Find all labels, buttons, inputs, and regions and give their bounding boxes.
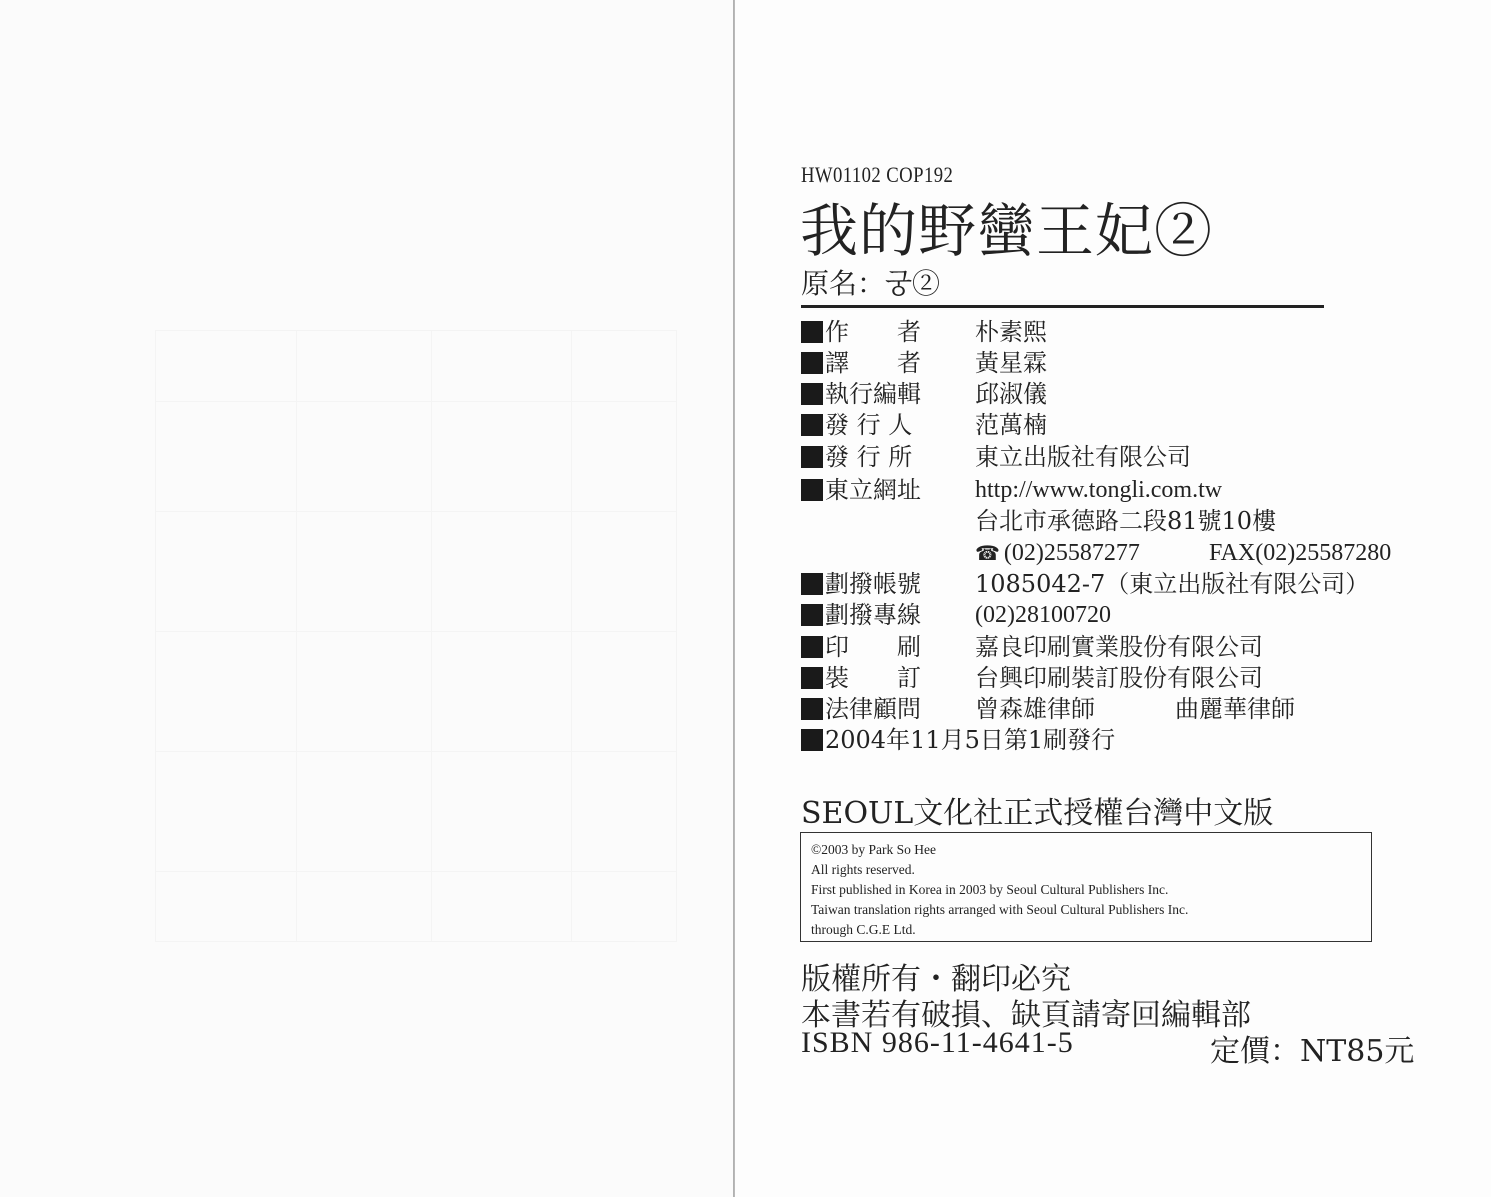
bullet-square-icon xyxy=(801,383,823,405)
credit-row-postal-account: 劃撥帳號 1085042-7（東立出版社有限公司） xyxy=(801,568,975,600)
copyright-line: through C.G.E Ltd. xyxy=(811,920,1361,940)
price: 定價：NT85元 xyxy=(1210,1026,1414,1070)
bullet-square-icon xyxy=(801,414,823,436)
credit-row-author: 作 者 朴素熙 xyxy=(801,316,975,348)
bullet-square-icon xyxy=(801,729,823,751)
credit-value: 朴素熙 xyxy=(975,316,1047,348)
left-page xyxy=(0,0,735,1197)
credit-row-postal-line: 劃撥專線 (02)28100720 xyxy=(801,599,975,631)
credit-label: 劃撥專線 xyxy=(825,599,975,631)
bullet-square-icon xyxy=(801,573,823,595)
bullet-square-icon xyxy=(801,446,823,468)
website-url[interactable]: http://www.tongli.com.tw xyxy=(975,474,1222,506)
credit-row-publisher-person: 發 行 人 范萬楠 xyxy=(801,409,975,441)
credit-label: 東立網址 xyxy=(825,474,975,506)
product-code: HW01102 COP192 xyxy=(801,162,953,188)
credit-row-legal: 法律顧問 曾森雄律師 曲麗華律師 xyxy=(801,693,975,725)
original-title: 原名：궁② xyxy=(801,262,940,302)
credit-row-printing: 印 刷 嘉良印刷實業股份有限公司 xyxy=(801,631,975,663)
license-line: SEOUL文化社正式授權台灣中文版 xyxy=(801,788,1273,832)
credit-value: 嘉良印刷實業股份有限公司 xyxy=(975,631,1263,663)
title-divider xyxy=(801,305,1324,308)
bullet-square-icon xyxy=(801,636,823,658)
copyright-line: ©2003 by Park So Hee xyxy=(811,840,1361,860)
credit-label: 印 刷 xyxy=(825,631,975,663)
copyright-line: All rights reserved. xyxy=(811,860,1361,880)
credit-row-translator: 譯 者 黃星霖 xyxy=(801,347,975,379)
credit-value: 邱淑儀 xyxy=(975,378,1047,410)
bullet-square-icon xyxy=(801,479,823,501)
credit-row-issue-date: 2004年11月5日第1刷發行 xyxy=(801,724,1115,756)
credit-label: 發 行 所 xyxy=(825,441,975,473)
credit-row-publisher: 發 行 所 東立出版社有限公司 xyxy=(801,441,975,473)
bullet-square-icon xyxy=(801,698,823,720)
credit-value: 黃星霖 xyxy=(975,347,1047,379)
phone-number: (02)25587277 xyxy=(1004,540,1140,566)
issue-date: 2004年11月5日第1刷發行 xyxy=(825,726,1115,754)
bullet-square-icon xyxy=(801,604,823,626)
bullet-square-icon xyxy=(801,352,823,374)
credit-label: 執行編輯 xyxy=(825,378,975,410)
fax-number: FAX(02)25587280 xyxy=(1209,537,1391,569)
credit-label: 劃撥帳號 xyxy=(825,568,975,600)
credit-value-2: 曲麗華律師 xyxy=(1175,693,1295,725)
credit-row-editor: 執行編輯 邱淑儀 xyxy=(801,378,975,410)
credit-label: 裝 訂 xyxy=(825,662,975,694)
address: 台北市承德路二段81號10樓 xyxy=(975,505,1276,537)
credit-label: 法律顧問 xyxy=(825,693,975,725)
copyright-line: First published in Korea in 2003 by Seou… xyxy=(811,880,1361,900)
show-through-grid xyxy=(155,330,677,942)
bullet-square-icon xyxy=(801,321,823,343)
credit-value: 東立出版社有限公司 xyxy=(975,441,1191,473)
credit-value: 范萬楠 xyxy=(975,409,1047,441)
credit-row-website: 東立網址 http://www.tongli.com.tw xyxy=(801,474,975,506)
credit-value: 曾森雄律師 xyxy=(975,693,1095,725)
credit-value: (02)28100720 xyxy=(975,599,1111,631)
book-title: 我的野蠻王妃② xyxy=(800,196,1213,266)
copyright-box: ©2003 by Park So Hee All rights reserved… xyxy=(800,832,1372,942)
phone-icon: ☎ xyxy=(975,538,1000,570)
credit-value: 1085042-7（東立出版社有限公司） xyxy=(975,568,1369,600)
credit-label: 作 者 xyxy=(825,316,975,348)
copyright-line: Taiwan translation rights arranged with … xyxy=(811,900,1361,920)
credit-label: 發 行 人 xyxy=(825,409,975,441)
credit-row-binding: 裝 訂 台興印刷裝訂股份有限公司 xyxy=(801,662,975,694)
credit-value: 台興印刷裝訂股份有限公司 xyxy=(975,662,1263,694)
credit-label: 譯 者 xyxy=(825,347,975,379)
isbn: ISBN 986-11-4641-5 xyxy=(801,1026,1074,1060)
bullet-square-icon xyxy=(801,667,823,689)
